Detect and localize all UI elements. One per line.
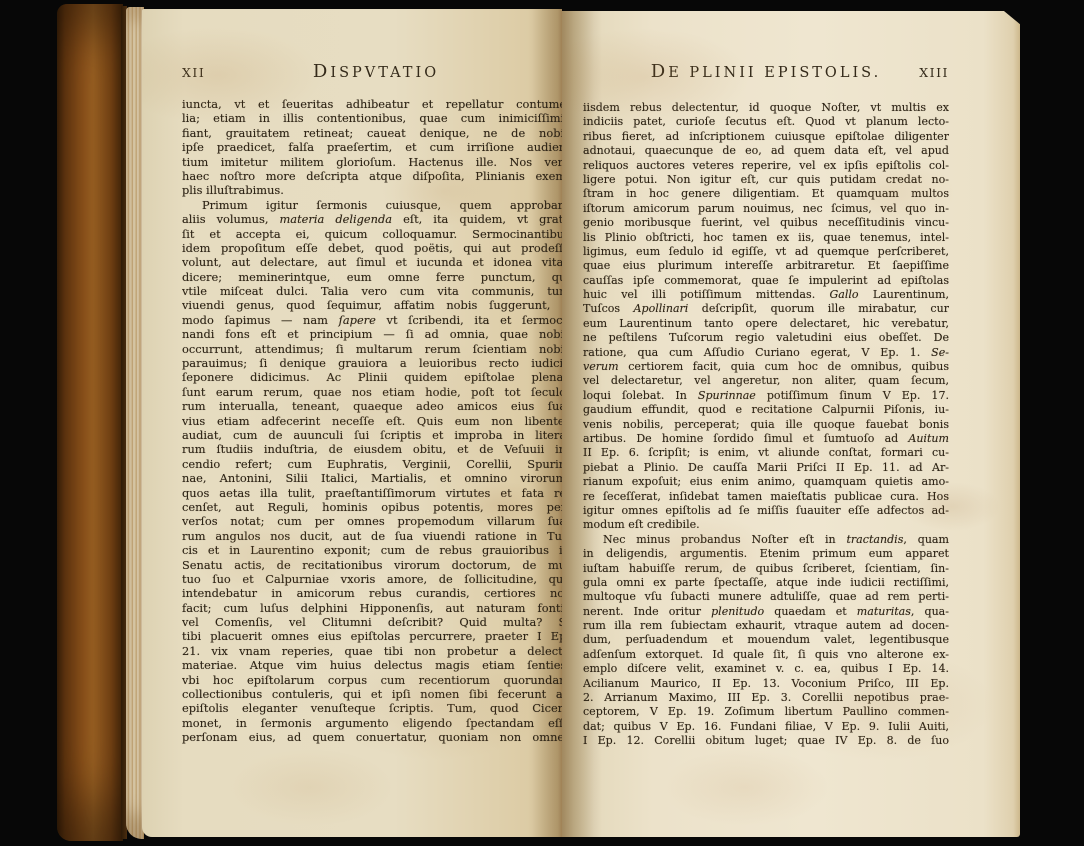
text-line: ligere potui. Non igitur eſt, cur quis p… <box>583 173 949 187</box>
text-line: quae eius plurimum intereſſe arbitraretu… <box>583 259 949 273</box>
text-line: re ſeceſſerat, inſidebat tamen maieſtati… <box>583 490 949 504</box>
text-line: rum illa rem ſubiectam exhaurit, vtraque… <box>583 619 949 633</box>
text-line: tibi placuerit omnes eius epiſtolas perc… <box>182 629 570 643</box>
text-line: iuncta, vt et ſeueritas adhibeatur et re… <box>182 97 570 111</box>
text-line: quos aetas illa tulit, praeſtantiſſimoru… <box>182 486 570 500</box>
text-line: Tuſcos Apollinari deſcripſit, quorum ill… <box>583 302 949 316</box>
text-line: Acilianum Maurico, II Ep. 13. Voconium P… <box>583 677 949 691</box>
text-line: Nec minus probandus Noſter eſt in tracta… <box>583 533 949 547</box>
text-line: rianum expoſuit; eius enim animo, quamqu… <box>583 475 949 489</box>
text-line: modum eſt credibile. <box>583 518 949 532</box>
text-line: ne peſtilens Tuſcorum regio valetudini e… <box>583 331 949 345</box>
text-line: ribus fieret, ad inſcriptionem cuiusque … <box>583 130 949 144</box>
text-line: Primum igitur ſermonis cuiusque, quem ap… <box>182 198 570 212</box>
text-line: vbi hoc epiſtolarum corpus cum recentior… <box>182 673 570 687</box>
page-left: XII DISPVTATIO iuncta, vt et ſeueritas a… <box>142 9 562 837</box>
text-line: ipſe praedicet, falſa praeſertim, et cum… <box>182 140 570 154</box>
text-line: haec noſtro more deſcripta atque diſpoſi… <box>182 169 570 183</box>
text-line: modo ſapimus — nam ſapere vt ſcribendi, … <box>182 313 570 327</box>
text-line: 2. Arrianum Maximo, III Ep. 3. Corellii … <box>583 691 949 705</box>
text-line: nae, Antonini, Silii Italici, Martialis,… <box>182 471 570 485</box>
text-line: 21. vix vnam reperies, quae tibi non pro… <box>182 644 570 658</box>
text-line: ligimus, eum ſedulo id egiſſe, vt ad que… <box>583 245 949 259</box>
text-line: fiant, grauitatem retineat; caueat deniq… <box>182 126 570 140</box>
text-line: occurrunt, attendimus; ſi multarum rerum… <box>182 342 570 356</box>
text-line: tium imitetur militem glorioſum. Hactenu… <box>182 155 570 169</box>
text-line: materiae. Atque vim huius delectus magis… <box>182 658 570 672</box>
text-line: in deligendis, argumentis. Etenim primum… <box>583 547 949 561</box>
text-line: monet, in ſermonis argumento eligendo ſp… <box>182 716 570 730</box>
text-line: genio moribusque fuerint, vel quibus nec… <box>583 216 949 230</box>
text-line: intendebatur in amicorum rebus curandis,… <box>182 586 570 600</box>
text-line: dat; quibus V Ep. 16. Fundani filiae, V … <box>583 720 949 734</box>
text-line: cenſet, aut Reguli, hominis opibus poten… <box>182 500 570 514</box>
left-page-number: XII <box>182 65 254 80</box>
text-line: cauſſas ipſe commemorat, quae ſe impuler… <box>583 274 949 288</box>
text-line: cendio refert; cum Euphratis, Verginii, … <box>182 457 570 471</box>
text-line: eum Laurentinum tanto opere delectaret, … <box>583 317 949 331</box>
text-line: lis Plinio obſtricti, hoc tamen ex iis, … <box>583 231 949 245</box>
text-line: II Ep. 6. ſcripſit; is enim, vt aliunde … <box>583 446 949 460</box>
text-line: gula omni ex parte ſpectaſſe, atque inde… <box>583 576 949 590</box>
text-line: verſos notat; cum per omnes propemodum v… <box>182 514 570 528</box>
left-page-text: iuncta, vt et ſeueritas adhibeatur et re… <box>182 97 570 745</box>
text-line: piebat a Plinio. De cauſſa Marii Priſci … <box>583 461 949 475</box>
text-line: ſunt earum rerum, quae nos etiam hodie, … <box>182 385 570 399</box>
text-line: verum certiorem facit, quia cum hoc de o… <box>583 360 949 374</box>
text-line: dicere; meminerintque, eum omne ferre pu… <box>182 270 570 284</box>
text-line: nerent. Inde oritur plenitudo quaedam et… <box>583 605 949 619</box>
text-line: ſit et accepta ei, quicum colloquamur. S… <box>182 227 570 241</box>
text-line: multoque vſu ſubacti munere adtuliſſe, q… <box>583 590 949 604</box>
right-running-title: DE PLINII EPISTOLIS. <box>651 61 881 82</box>
text-line: venis nobilis, perceperat; quia ille quo… <box>583 418 949 432</box>
right-page-number: XIII <box>881 65 949 80</box>
text-line: igitur omnes epiſtolis ad ſe miſſis ſuau… <box>583 504 949 518</box>
text-line: epiſtolis eleganter venuſteque ſcriptis.… <box>182 701 570 715</box>
text-line: plis illuſtrabimus. <box>182 183 570 197</box>
text-line: adſenſum extorquet. Id quale ſit, ſi qui… <box>583 648 949 662</box>
text-line: artibus. De homine ſordido ſimul et ſumt… <box>583 432 949 446</box>
text-line: ſtram in hoc genere diligentiam. Et quam… <box>583 187 949 201</box>
text-line: facit; cum luſus delphini Hipponenſis, a… <box>182 601 570 615</box>
text-line: vtile miſceat dulci. Talia vero cum vita… <box>182 284 570 298</box>
text-line: gaudium effundit, quod e recitatione Cal… <box>583 403 949 417</box>
book-cover-left-board <box>57 4 123 841</box>
text-line: iſtorum amicorum parum nouimus, nec ſcim… <box>583 202 949 216</box>
text-line: nandi fons eſt et principium — ſi ad omn… <box>182 327 570 341</box>
text-line: lia; etiam in illis contentionibus, quae… <box>182 111 570 125</box>
text-line: dum, perſuadendum et mouendum valet, leg… <box>583 633 949 647</box>
right-page-text: iisdem rebus delectentur, id quoque Noſt… <box>583 101 949 749</box>
text-line: viuendi genus, quod ſequimur, affatim no… <box>182 298 570 312</box>
text-line: rum angulos nos ducit, aut de ſua viuend… <box>182 529 570 543</box>
photo-background: XII DISPVTATIO iuncta, vt et ſeueritas a… <box>0 0 1084 846</box>
text-line: tuo ſuo et Calpurniae vxoris amore, de ſ… <box>182 572 570 586</box>
text-line: perſonam eius, ad quem conuertatur, quon… <box>182 730 570 744</box>
text-line: ſeponere didicimus. Ac Plinii quidem epi… <box>182 370 570 384</box>
text-line: vius etiam adfecerint neceſſe eſt. Quis … <box>182 414 570 428</box>
text-line: iuſtam habuiſſe rerum, de quibus ſcriber… <box>583 562 949 576</box>
text-line: rum interualla, teneant, quaeque adeo am… <box>182 399 570 413</box>
text-line: rum ſtudiis induſtria, de eiusdem obitu,… <box>182 442 570 456</box>
text-line: volunt, aut delectare, aut ſimul et iucu… <box>182 255 570 269</box>
text-line: indiciis patet, curioſe ſecutus eſt. Quo… <box>583 115 949 129</box>
text-line: loqui ſolebat. In Spurinnae potiſſimum ſ… <box>583 389 949 403</box>
text-line: aliis volumus, materia deligenda eſt, it… <box>182 212 570 226</box>
text-line: parauimus; ſi denique grauiora a leuiori… <box>182 356 570 370</box>
text-line: adnotaui, quaecunque de eo, ad quem data… <box>583 144 949 158</box>
text-line: vel delectaretur, vel angeretur, non ali… <box>583 374 949 388</box>
text-line: collectionibus contuleris, qui et ipſi n… <box>182 687 570 701</box>
text-line: audiat, cum de auunculi ſui ſcriptis et … <box>182 428 570 442</box>
text-line: cis et in Laurentino exponit; cum de reb… <box>182 543 570 557</box>
text-line: ceptorem, V Ep. 19. Zoſimum libertum Pau… <box>583 705 949 719</box>
left-running-title: DISPVTATIO <box>254 61 498 82</box>
text-line: idem propoſitum eſſe debet, quod poëtis,… <box>182 241 570 255</box>
text-line: ratione, qua cum Aſſudio Curiano egerat,… <box>583 346 949 360</box>
left-running-head: XII DISPVTATIO <box>182 61 570 82</box>
text-line: Senatu actis, de recitationibus virorum … <box>182 558 570 572</box>
text-line: I Ep. 12. Corellii obitum luget; quae IV… <box>583 734 949 748</box>
page-right: DE PLINII EPISTOLIS. XIII iisdem rebus d… <box>562 11 1020 837</box>
text-line: huic vel illi potiſſimum mittendas. Gall… <box>583 288 949 302</box>
right-running-head: DE PLINII EPISTOLIS. XIII <box>583 61 949 82</box>
text-line: emplo diſcere velit, examinet v. c. ea, … <box>583 662 949 676</box>
text-line: vel Comenſis, vel Clitumni deſcribit? Qu… <box>182 615 570 629</box>
text-line: iisdem rebus delectentur, id quoque Noſt… <box>583 101 949 115</box>
text-line: reliquos auctores veteres reperire, vel … <box>583 159 949 173</box>
